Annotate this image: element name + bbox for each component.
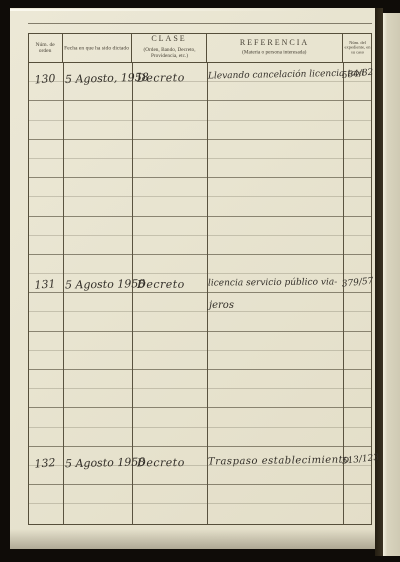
- ruled-line: [29, 101, 371, 120]
- ruled-line: [29, 428, 371, 447]
- ruled-line: [29, 197, 371, 216]
- ruled-line: [29, 178, 371, 197]
- ruled-line: [29, 485, 371, 504]
- ruled-line: [29, 82, 371, 101]
- scan-edge-highlight: [10, 9, 310, 11]
- header-cell-clase: CLASE (Orden, Bando, Decreto, Providenci…: [132, 34, 207, 62]
- header-cell-num-orden: Núm. de orden: [29, 34, 63, 62]
- ruled-line: [29, 408, 371, 427]
- table-header: Núm. de orden Fecha en que ha sido dicta…: [29, 34, 371, 63]
- ruled-line: [29, 236, 371, 255]
- header-sublabel-referencia: (Materia o persona interesada): [208, 50, 342, 56]
- header-cell-expediente: Núm. del expediente, en su caso: [343, 34, 371, 62]
- header-cell-referencia: REFERENCIA (Materia o persona interesada…: [207, 34, 343, 62]
- ruled-line: [29, 274, 371, 293]
- table-body: [29, 63, 371, 524]
- header-label-fecha: Fecha en que ha sido dictado: [64, 45, 131, 51]
- ruled-line: [29, 159, 371, 178]
- column-divider: [132, 63, 133, 524]
- ruled-line: [29, 63, 371, 82]
- header-label-clase: CLASE: [151, 35, 186, 43]
- scan-background: Núm. de orden Fecha en que ha sido dicta…: [0, 0, 400, 562]
- ruled-line: [29, 447, 371, 466]
- ruled-line: [29, 389, 371, 408]
- header-label-referencia: REFERENCIA: [240, 39, 309, 47]
- next-page-edge: [383, 13, 400, 556]
- ruled-line: [29, 121, 371, 140]
- header-label-num-orden: Núm. de orden: [29, 42, 61, 54]
- header-sublabel-clase: (Orden, Bando, Decreto, Providencia, etc…: [132, 47, 205, 59]
- column-divider: [63, 63, 64, 524]
- registry-table: Núm. de orden Fecha en que ha sido dicta…: [28, 33, 372, 525]
- ruled-line: [29, 351, 371, 370]
- book-binding-gap: [375, 8, 383, 556]
- header-cell-fecha: Fecha en que ha sido dictado: [63, 34, 132, 62]
- ruled-line: [29, 293, 371, 312]
- header-label-expediente: Núm. del expediente, en su caso: [343, 41, 370, 55]
- page-bottom-shadow: [10, 529, 375, 549]
- ruled-line: [29, 255, 371, 274]
- ruled-line: [29, 332, 371, 351]
- ruled-line: [29, 466, 371, 485]
- column-divider: [343, 63, 344, 524]
- ruled-line: [29, 370, 371, 389]
- ruled-line: [29, 504, 371, 523]
- column-divider: [207, 63, 208, 524]
- ruled-line: [29, 217, 371, 236]
- ruled-line: [29, 140, 371, 159]
- table-top-rule: [28, 23, 372, 24]
- ruled-line: [29, 312, 371, 331]
